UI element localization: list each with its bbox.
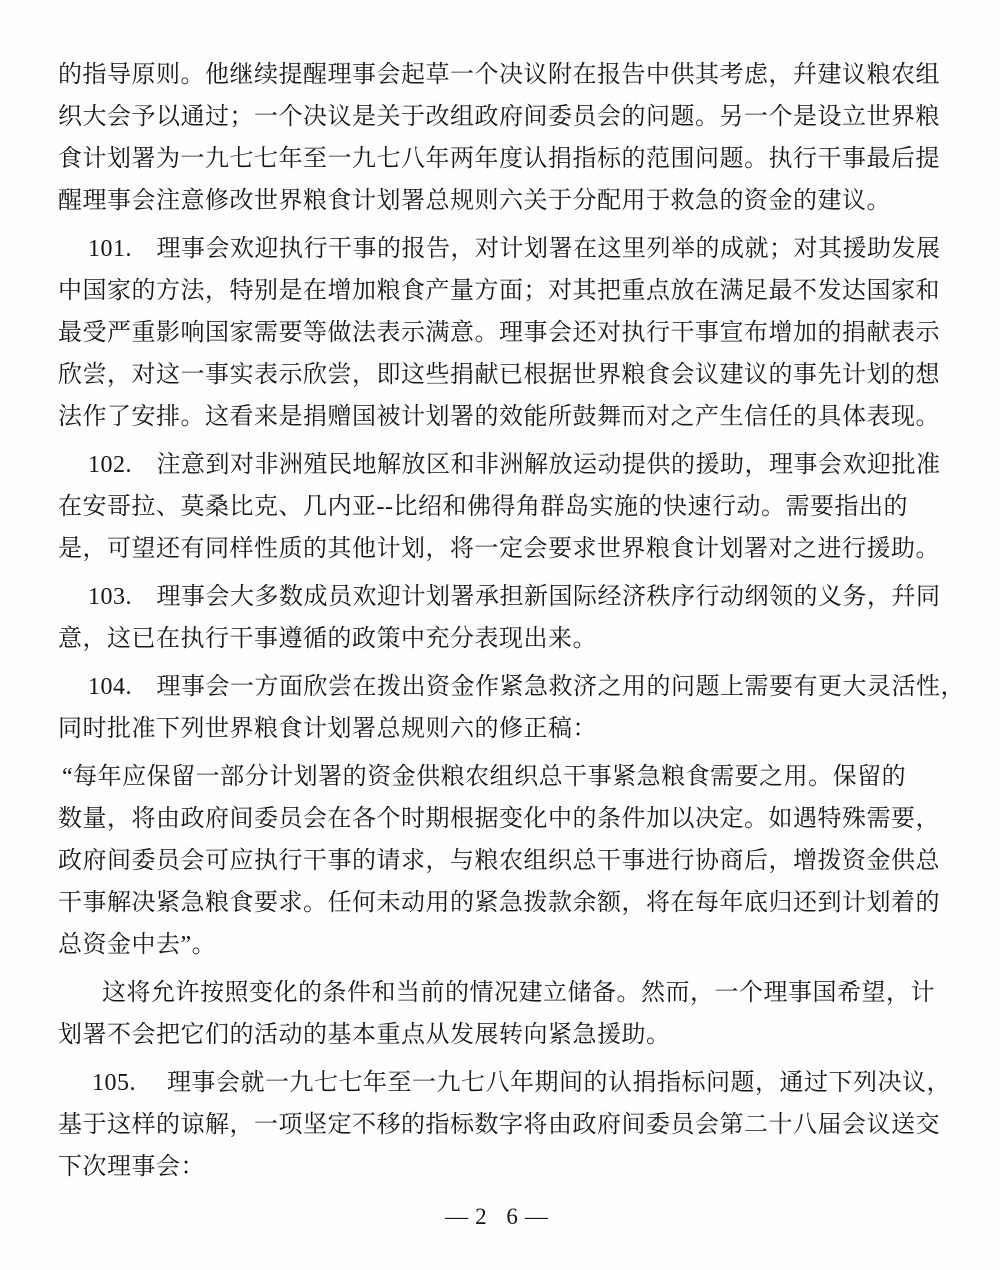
text-line: 政府间委员会可应执行干事的请求，与粮农组织总干事进行协商后，增拨资金供总 [58, 840, 942, 882]
text-line: 的指导原则。他继续提醒理事会起草一个决议附在报告中供其考虑，幷建议粮农组 [58, 54, 942, 96]
text-line: 意，这已在执行干事遵循的政策中充分表现出来。 [58, 618, 942, 660]
text-line: “每年应保留一部分计划署的资金供粮农组织总干事紧急粮食需要之用。保留的 [58, 756, 942, 798]
text-line: 104. 理事会一方面欣尝在拨出资金作紧急救济之用的问题上需要有更大灵活性， [58, 666, 942, 708]
text-line: 最受严重影响国家需要等做法表示满意。理事会还对执行干事宣布增加的捐献表示 [58, 312, 942, 354]
text-line: 在安哥拉、莫桑比克、几内亚--比绍和佛得角群岛实施的快速行动。需要指出的 [58, 486, 942, 528]
text-line: 103. 理事会大多数成员欢迎计划署承担新国际经济秩序行动纲领的义务，幷同 [58, 576, 942, 618]
para-continued: 的指导原则。他继续提醒理事会起草一个决议附在报告中供其考虑，幷建议粮农组织大会予… [58, 54, 942, 222]
text-line: 101. 理事会欢迎执行干事的报告，对计划署在这里列举的成就；对其援助发展 [58, 228, 942, 270]
para-103: 103. 理事会大多数成员欢迎计划署承担新国际经济秩序行动纲领的义务，幷同意，这… [58, 576, 942, 660]
text-line: 数量，将由政府间委员会在各个时期根据变化中的条件加以决定。如遇特殊需要， [58, 798, 942, 840]
text-line: 法作了安排。这看来是捐赠国被计划署的效能所鼓舞而对之产生信任的具体表现。 [58, 396, 942, 438]
document-page: 的指导原则。他继续提醒理事会起草一个决议附在报告中供其考虑，幷建议粮农组织大会予… [0, 0, 1000, 1270]
para-102: 102. 注意到对非洲殖民地解放区和非洲解放运动提供的援助，理事会欢迎批准在安哥… [58, 444, 942, 570]
text-line: 食计划署为一九七七年至一九七八年两年度认捐指标的范围问题。执行干事最后提 [58, 138, 942, 180]
text-line: 织大会予以通过；一个决议是关于改组政府间委员会的问题。另一个是设立世界粮 [58, 96, 942, 138]
text-line: 是，可望还有同样性质的其他计划，将一定会要求世界粮食计划署对之进行援助。 [58, 528, 942, 570]
text-line: 欣尝，对这一事实表示欣尝，即这些捐献已根据世界粮食会议建议的事先计划的想 [58, 354, 942, 396]
text-line: 醒理事会注意修改世界粮食计划署总规则六关于分配用于救急的资金的建议。 [58, 180, 942, 222]
text-line: 105. 理事会就一九七七年至一九七八年期间的认捐指标问题，通过下列决议， [58, 1062, 942, 1104]
text-line: 基于这样的谅解，一项坚定不移的指标数字将由政府间委员会第二十八届会议送交 [58, 1104, 942, 1146]
para-101: 101. 理事会欢迎执行干事的报告，对计划署在这里列举的成就；对其援助发展中国家… [58, 228, 942, 438]
text-line: 同时批准下列世界粮食计划署总规则六的修正稿： [58, 708, 942, 750]
para-104: 104. 理事会一方面欣尝在拨出资金作紧急救济之用的问题上需要有更大灵活性，同时… [58, 666, 942, 750]
page-number: —2 6— [445, 1204, 555, 1229]
page-footer: —2 6— [0, 1202, 1000, 1232]
document-body: 的指导原则。他继续提醒理事会起草一个决议附在报告中供其考虑，幷建议粮农组织大会予… [0, 0, 1000, 1188]
text-line: 干事解决紧急粮食要求。任何未动用的紧急拨款余额，将在每年底归还到计划着的 [58, 882, 942, 924]
para-105: 105. 理事会就一九七七年至一九七八年期间的认捐指标问题，通过下列决议，基于这… [58, 1062, 942, 1188]
para-quote-general-rule-6: “每年应保留一部分计划署的资金供粮农组织总干事紧急粮食需要之用。保留的数量，将由… [58, 756, 942, 966]
text-line: 102. 注意到对非洲殖民地解放区和非洲解放运动提供的援助，理事会欢迎批准 [58, 444, 942, 486]
text-line: 这将允许按照变化的条件和当前的情况建立储备。然而，一个理事国希望，计 [58, 972, 942, 1014]
text-line: 总资金中去”。 [58, 924, 942, 966]
text-line: 中国家的方法，特别是在增加粮食产量方面；对其把重点放在满足最不发达国家和 [58, 270, 942, 312]
text-line: 下次理事会： [58, 1146, 942, 1188]
para-reserve-comment: 这将允许按照变化的条件和当前的情况建立储备。然而，一个理事国希望，计划署不会把它… [58, 972, 942, 1056]
text-line: 划署不会把它们的活动的基本重点从发展转向紧急援助。 [58, 1014, 942, 1056]
